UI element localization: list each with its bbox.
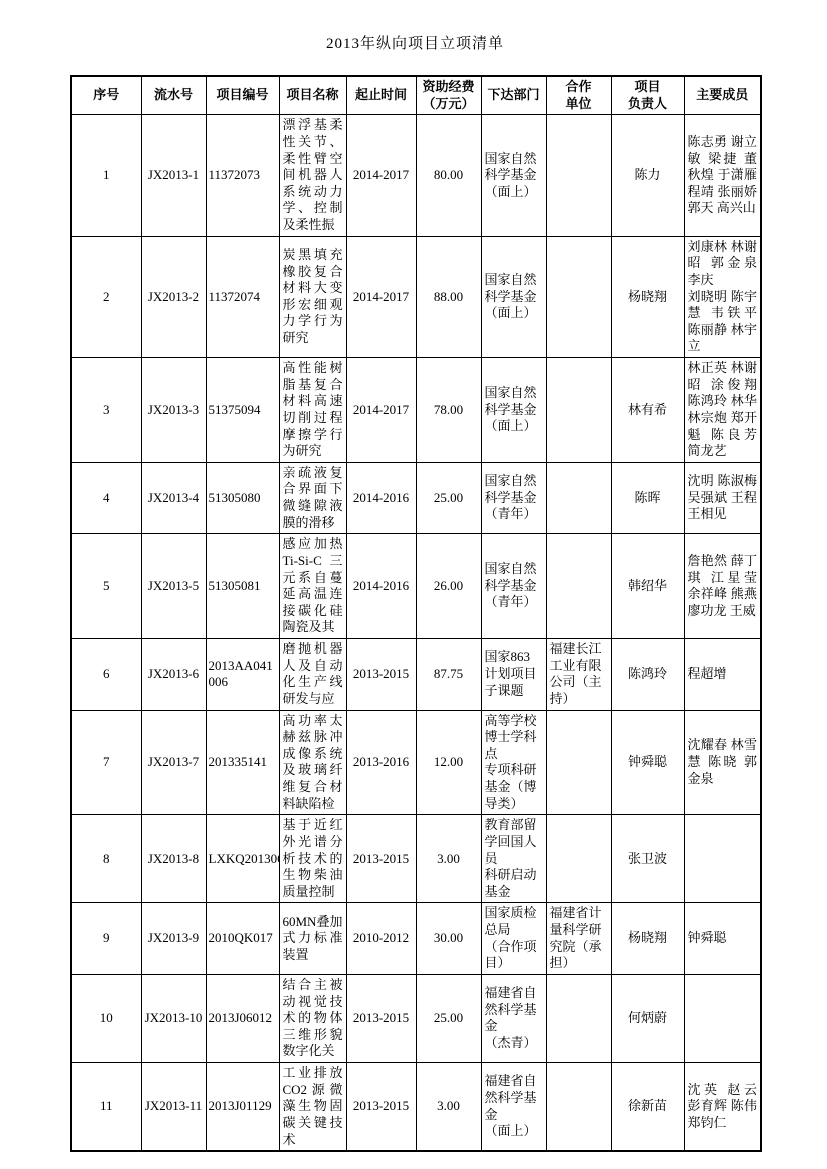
cell-name: 感应加热Ti-Si-C三元系自蔓延高温连接碳化硅陶瓷及其	[279, 534, 346, 639]
cell-leader: 韩绍华	[611, 534, 684, 639]
cell-members	[684, 815, 761, 903]
cell-name: 高性能树脂基复合材料高速切削过程摩擦学行为研究	[279, 358, 346, 463]
cell-leader: 何炳蔚	[611, 974, 684, 1062]
cell-leader: 陈力	[611, 115, 684, 236]
cell-funding: 3.00	[416, 815, 481, 903]
cell-serial: JX2013-5	[141, 534, 206, 639]
cell-period: 2010-2012	[346, 903, 416, 975]
cell-funding: 80.00	[416, 115, 481, 236]
cell-serial: JX2013-11	[141, 1063, 206, 1152]
column-header-partner: 合作 单位	[546, 76, 611, 115]
cell-department: 国家863计划项目子课题	[481, 639, 546, 711]
column-header-leader: 项目 负责人	[611, 76, 684, 115]
cell-name: 工业排放CO2源微藻生物固碳关键技术	[279, 1063, 346, 1152]
table-row: 1JX2013-111372073漂浮基柔性关节、柔性臂空间机器人系统动力学、控…	[71, 115, 761, 236]
column-header-index: 序号	[71, 76, 141, 115]
cell-period: 2014-2017	[346, 236, 416, 357]
cell-members: 林正英 林谢昭 涂俊翔 陈鸿玲 林华 林宗炮 郑开魁 陈良芳 简龙艺	[684, 358, 761, 463]
cell-index: 8	[71, 815, 141, 903]
cell-members	[684, 974, 761, 1062]
cell-project_no: LXKQ201306	[206, 815, 279, 903]
cell-index: 10	[71, 974, 141, 1062]
column-header-members: 主要成员	[684, 76, 761, 115]
cell-partner: 福建省计量科学研究院（承担）	[546, 903, 611, 975]
cell-serial: JX2013-10	[141, 974, 206, 1062]
cell-partner	[546, 534, 611, 639]
cell-funding: 30.00	[416, 903, 481, 975]
table-body: 1JX2013-111372073漂浮基柔性关节、柔性臂空间机器人系统动力学、控…	[71, 115, 761, 1151]
cell-name: 亲疏液复合界面下微缝隙液膜的滑移	[279, 462, 346, 534]
cell-name: 磨抛机器人及自动化生产线研发与应	[279, 639, 346, 711]
cell-department: 教育部留学回国人员 科研启动基金	[481, 815, 546, 903]
cell-funding: 12.00	[416, 710, 481, 815]
cell-index: 1	[71, 115, 141, 236]
table-row: 6JX2013-62013AA041 006磨抛机器人及自动化生产线研发与应20…	[71, 639, 761, 711]
cell-partner	[546, 710, 611, 815]
cell-period: 2013-2015	[346, 639, 416, 711]
cell-name: 炭黑填充橡胶复合材料大变形宏细观力学行为研究	[279, 236, 346, 357]
cell-serial: JX2013-6	[141, 639, 206, 711]
cell-leader: 陈晖	[611, 462, 684, 534]
project-table: 序号流水号项目编号项目名称起止时间资助经费 （万元）下达部门合作 单位项目 负责…	[70, 75, 762, 1152]
cell-project_no: 2013J01129	[206, 1063, 279, 1152]
cell-project_no: 2010QK017	[206, 903, 279, 975]
column-header-department: 下达部门	[481, 76, 546, 115]
cell-funding: 78.00	[416, 358, 481, 463]
cell-partner	[546, 236, 611, 357]
cell-leader: 杨晓翔	[611, 236, 684, 357]
column-header-project_no: 项目编号	[206, 76, 279, 115]
table-row: 8JX2013-8LXKQ201306基于近红外光谱分析技术的生物柴油质量控制2…	[71, 815, 761, 903]
cell-partner	[546, 462, 611, 534]
header-row: 序号流水号项目编号项目名称起止时间资助经费 （万元）下达部门合作 单位项目 负责…	[71, 76, 761, 115]
cell-serial: JX2013-1	[141, 115, 206, 236]
cell-partner	[546, 974, 611, 1062]
cell-serial: JX2013-4	[141, 462, 206, 534]
cell-project_no: 2013J06012	[206, 974, 279, 1062]
table-row: 10JX2013-102013J06012结合主被动视觉技术的物体三维形貌数字化…	[71, 974, 761, 1062]
cell-partner	[546, 1063, 611, 1152]
cell-members: 沈明 陈淑梅 吴强斌 王程 王相见	[684, 462, 761, 534]
cell-funding: 3.00	[416, 1063, 481, 1152]
cell-department: 国家自然科学基金（青年）	[481, 534, 546, 639]
cell-index: 5	[71, 534, 141, 639]
cell-project_no: 201335141	[206, 710, 279, 815]
cell-name: 高功率太赫兹脉冲成像系统及玻璃纤维复合材料缺陷检	[279, 710, 346, 815]
cell-department: 高等学校博士学科点 专项科研基金（博导类）	[481, 710, 546, 815]
cell-project_no: 51305080	[206, 462, 279, 534]
cell-partner	[546, 358, 611, 463]
cell-name: 基于近红外光谱分析技术的生物柴油质量控制	[279, 815, 346, 903]
cell-period: 2013-2015	[346, 1063, 416, 1152]
cell-members: 程超增	[684, 639, 761, 711]
table-row: 2JX2013-211372074炭黑填充橡胶复合材料大变形宏细观力学行为研究2…	[71, 236, 761, 357]
cell-index: 11	[71, 1063, 141, 1152]
cell-project_no: 2013AA041 006	[206, 639, 279, 711]
cell-serial: JX2013-2	[141, 236, 206, 357]
cell-members: 刘康林 林谢昭 郭金泉 李庆 刘晓明 陈宇慧 韦铁平 陈丽静 林宇立	[684, 236, 761, 357]
cell-funding: 26.00	[416, 534, 481, 639]
table-header: 序号流水号项目编号项目名称起止时间资助经费 （万元）下达部门合作 单位项目 负责…	[71, 76, 761, 115]
cell-department: 国家自然科学基金（面上）	[481, 115, 546, 236]
cell-funding: 87.75	[416, 639, 481, 711]
cell-project_no: 11372073	[206, 115, 279, 236]
cell-index: 6	[71, 639, 141, 711]
cell-members: 陈志勇 谢立敏 梁捷 董秋煌 于潇雁 程靖 张丽娇 郭天 高兴山	[684, 115, 761, 236]
cell-period: 2014-2016	[346, 534, 416, 639]
cell-leader: 张卫波	[611, 815, 684, 903]
table-row: 5JX2013-551305081感应加热Ti-Si-C三元系自蔓延高温连接碳化…	[71, 534, 761, 639]
table-row: 4JX2013-451305080亲疏液复合界面下微缝隙液膜的滑移2014-20…	[71, 462, 761, 534]
cell-leader: 徐新苗	[611, 1063, 684, 1152]
column-header-funding: 资助经费 （万元）	[416, 76, 481, 115]
column-header-period: 起止时间	[346, 76, 416, 115]
cell-department: 福建省自然科学基金 （杰青）	[481, 974, 546, 1062]
cell-serial: JX2013-9	[141, 903, 206, 975]
cell-department: 福建省自然科学基金 （面上）	[481, 1063, 546, 1152]
cell-serial: JX2013-7	[141, 710, 206, 815]
cell-period: 2014-2017	[346, 115, 416, 236]
cell-index: 9	[71, 903, 141, 975]
cell-index: 7	[71, 710, 141, 815]
document-page: 2013年纵向项目立项清单 序号流水号项目编号项目名称起止时间资助经费 （万元）…	[0, 0, 827, 1169]
cell-leader: 陈鸿玲	[611, 639, 684, 711]
cell-period: 2014-2016	[346, 462, 416, 534]
cell-department: 国家质检总局 （合作项目）	[481, 903, 546, 975]
cell-name: 结合主被动视觉技术的物体三维形貌数字化关	[279, 974, 346, 1062]
cell-members: 沈耀春 林雪慧 陈晓 郭金泉	[684, 710, 761, 815]
cell-index: 3	[71, 358, 141, 463]
cell-project_no: 51305081	[206, 534, 279, 639]
cell-serial: JX2013-8	[141, 815, 206, 903]
cell-index: 4	[71, 462, 141, 534]
cell-period: 2014-2017	[346, 358, 416, 463]
cell-partner: 福建长江工业有限公司（主持）	[546, 639, 611, 711]
cell-funding: 25.00	[416, 462, 481, 534]
cell-period: 2013-2015	[346, 815, 416, 903]
cell-department: 国家自然科学基金（面上）	[481, 358, 546, 463]
cell-name: 60MN叠加式力标准装置	[279, 903, 346, 975]
cell-partner	[546, 115, 611, 236]
cell-period: 2013-2015	[346, 974, 416, 1062]
cell-leader: 杨晓翔	[611, 903, 684, 975]
table-row: 11JX2013-112013J01129工业排放CO2源微藻生物固碳关键技术2…	[71, 1063, 761, 1152]
cell-partner	[546, 815, 611, 903]
cell-members: 詹艳然 薛丁琪 江星莹 余祥峰 熊燕 廖功龙 王威	[684, 534, 761, 639]
cell-department: 国家自然科学基金（青年）	[481, 462, 546, 534]
cell-period: 2013-2016	[346, 710, 416, 815]
cell-funding: 88.00	[416, 236, 481, 357]
table-row: 3JX2013-351375094高性能树脂基复合材料高速切削过程摩擦学行为研究…	[71, 358, 761, 463]
cell-leader: 钟舜聪	[611, 710, 684, 815]
cell-name: 漂浮基柔性关节、柔性臂空间机器人系统动力学、控制及柔性振	[279, 115, 346, 236]
column-header-name: 项目名称	[279, 76, 346, 115]
cell-index: 2	[71, 236, 141, 357]
table-row: 9JX2013-92010QK01760MN叠加式力标准装置2010-20123…	[71, 903, 761, 975]
cell-project_no: 51375094	[206, 358, 279, 463]
cell-department: 国家自然科学基金（面上）	[481, 236, 546, 357]
cell-leader: 林有希	[611, 358, 684, 463]
cell-members: 钟舜聪	[684, 903, 761, 975]
cell-members: 沈英 赵云 彭育辉 陈伟 郑钧仁	[684, 1063, 761, 1152]
cell-funding: 25.00	[416, 974, 481, 1062]
page-title: 2013年纵向项目立项清单	[70, 32, 760, 53]
table-row: 7JX2013-7201335141高功率太赫兹脉冲成像系统及玻璃纤维复合材料缺…	[71, 710, 761, 815]
cell-project_no: 11372074	[206, 236, 279, 357]
cell-serial: JX2013-3	[141, 358, 206, 463]
column-header-serial: 流水号	[141, 76, 206, 115]
